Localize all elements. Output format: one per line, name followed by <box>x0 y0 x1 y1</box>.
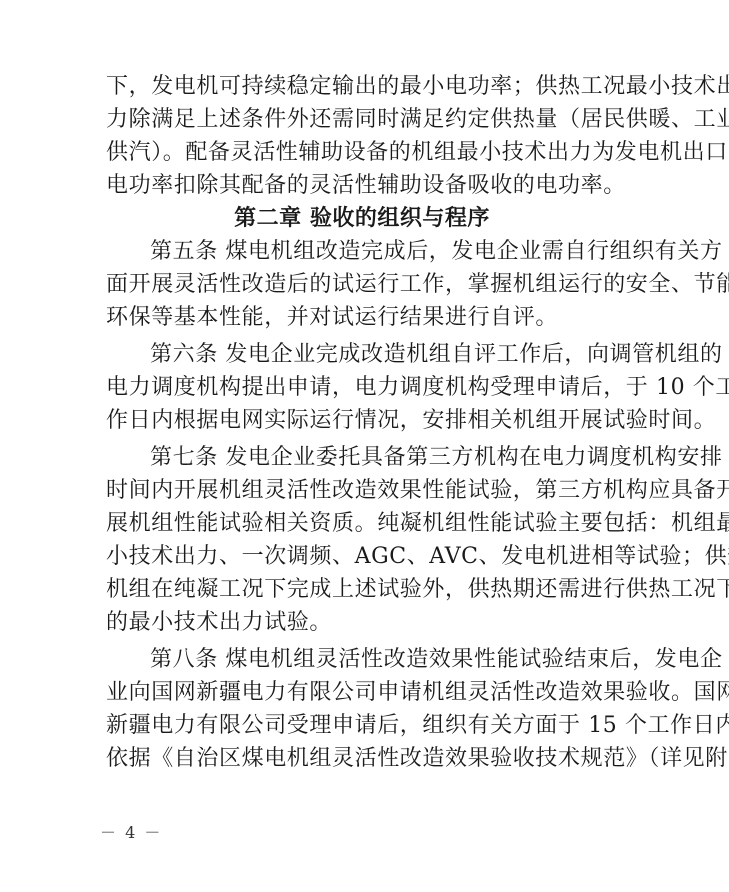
text-line: 面开展灵活性改造后的试运行工作，掌握机组运行的安全、节能、 <box>106 268 618 301</box>
text-line: 下，发电机可持续稳定输出的最小电功率；供热工况最小技术出 <box>106 70 618 103</box>
text-line: 电功率扣除其配备的灵活性辅助设备吸收的电功率。 <box>106 169 618 202</box>
article-7: 第七条 发电企业委托具备第三方机构在电力调度机构安排 时间内开展机组灵活性改造效… <box>106 441 618 639</box>
intro-paragraph: 下，发电机可持续稳定输出的最小电功率；供热工况最小技术出 力除满足上述条件外还需… <box>106 70 618 202</box>
text-line: 环保等基本性能，并对试运行结果进行自评。 <box>106 301 618 334</box>
text-line: 时间内开展机组灵活性改造效果性能试验，第三方机构应具备开 <box>106 474 618 507</box>
page-number: － 4 － <box>100 820 162 843</box>
chapter-heading: 第二章 验收的组织与程序 <box>106 202 618 235</box>
text-line: 力除满足上述条件外还需同时满足约定供热量（居民供暖、工业 <box>106 103 618 136</box>
article-5: 第五条 煤电机组改造完成后，发电企业需自行组织有关方 面开展灵活性改造后的试运行… <box>106 235 618 334</box>
text-line: 小技术出力、一次调频、AGC、AVC、发电机进相等试验；供热 <box>106 540 618 573</box>
article-6: 第六条 发电企业完成改造机组自评工作后，向调管机组的 电力调度机构提出申请，电力… <box>106 338 618 437</box>
text-line: 的最小技术出力试验。 <box>106 606 618 639</box>
text-line: 业向国网新疆电力有限公司申请机组灵活性改造效果验收。国网 <box>106 676 618 709</box>
text-line: 电力调度机构提出申请，电力调度机构受理申请后，于 10 个工 <box>106 371 618 404</box>
text-line: 依据《自治区煤电机组灵活性改造效果验收技术规范》（详见附 <box>106 742 618 775</box>
text-line: 展机组性能试验相关资质。纯凝机组性能试验主要包括：机组最 <box>106 507 618 540</box>
document-page: 下，发电机可持续稳定输出的最小电功率；供热工况最小技术出 力除满足上述条件外还需… <box>106 70 618 775</box>
text-line: 第八条 煤电机组灵活性改造效果性能试验结束后，发电企 <box>106 643 618 676</box>
text-line: 机组在纯凝工况下完成上述试验外，供热期还需进行供热工况下 <box>106 573 618 606</box>
text-line: 作日内根据电网实际运行情况，安排相关机组开展试验时间。 <box>106 404 618 437</box>
text-line: 第五条 煤电机组改造完成后，发电企业需自行组织有关方 <box>106 235 618 268</box>
text-line: 第七条 发电企业委托具备第三方机构在电力调度机构安排 <box>106 441 618 474</box>
text-line: 第六条 发电企业完成改造机组自评工作后，向调管机组的 <box>106 338 618 371</box>
text-line: 新疆电力有限公司受理申请后，组织有关方面于 15 个工作日内， <box>106 709 618 742</box>
text-line: 供汽）。配备灵活性辅助设备的机组最小技术出力为发电机出口 <box>106 136 618 169</box>
article-8: 第八条 煤电机组灵活性改造效果性能试验结束后，发电企 业向国网新疆电力有限公司申… <box>106 643 618 775</box>
